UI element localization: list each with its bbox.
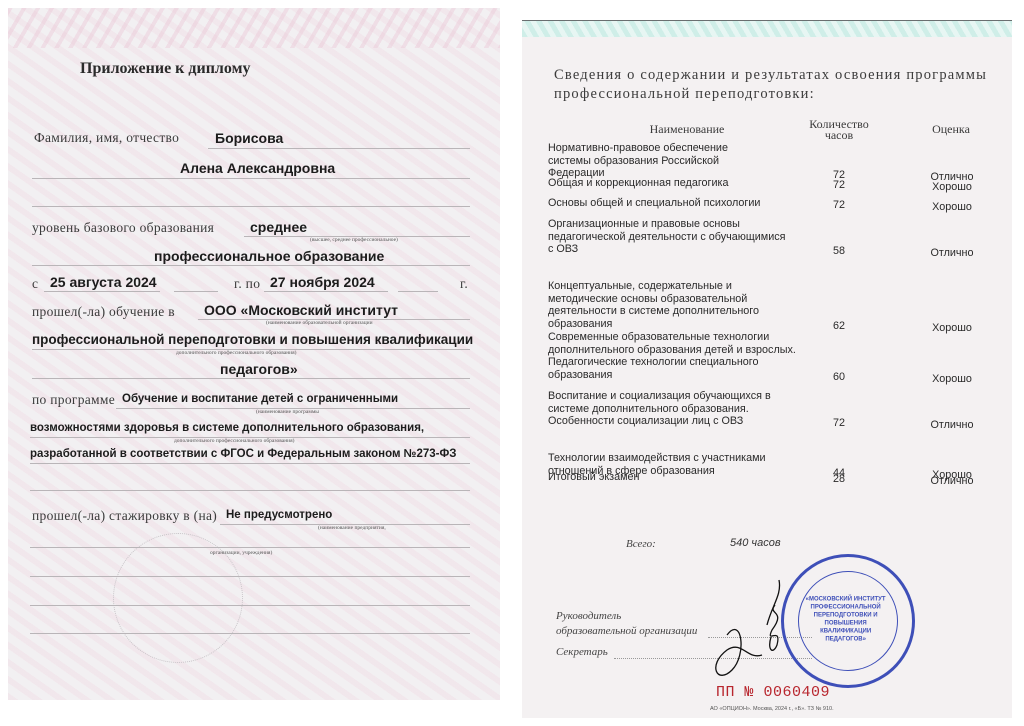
underline — [174, 291, 218, 292]
year-suffix-to: г. — [460, 276, 468, 292]
program-line-2: возможностями здоровья в системе дополни… — [30, 422, 424, 434]
subject-grade: Хорошо — [917, 181, 987, 193]
diploma-appendix-right-page: Сведения о содержании и результатах осво… — [522, 20, 1012, 718]
subject-hours: 60 — [819, 371, 859, 383]
name-patronymic-value: Алена Александровна — [180, 160, 335, 176]
subject-hours: 72 — [819, 417, 859, 429]
subject-hours: 72 — [819, 179, 859, 191]
underline — [30, 633, 470, 634]
subject-hours: 62 — [819, 320, 859, 332]
internship-hint-1: (наименование предприятия, — [318, 525, 386, 531]
subject-grade: Хорошо — [917, 201, 987, 213]
base-education-value: среднее — [250, 219, 307, 235]
subject-name: Современные образовательные технологии д… — [548, 331, 798, 381]
surname-value: Борисова — [215, 130, 283, 146]
organization-line-2: профессиональной переподготовки и повыше… — [32, 332, 473, 347]
total-value: 540 часов — [730, 537, 781, 549]
subject-hours: 28 — [819, 473, 859, 485]
subject-name: Организационные и правовые основы педаго… — [548, 218, 786, 256]
subject-name: Нормативно-правовое обеспечение системы … — [548, 142, 768, 180]
subject-grade: Хорошо — [917, 322, 987, 334]
underline — [398, 291, 438, 292]
organization-line-3: педагогов» — [220, 361, 298, 377]
subject-name: Основы общей и специальной психологии — [548, 197, 778, 210]
end-date: 27 ноября 2024 — [270, 274, 375, 290]
serial-number: ПП № 0060409 — [716, 684, 830, 701]
printer-note: АО «ОПЦИОН». Москва, 2024 г., «Б». ТЗ № … — [710, 706, 834, 712]
section-title-line-1: Сведения о содержании и результатах осво… — [554, 66, 987, 85]
underline — [30, 576, 470, 577]
subject-name: Воспитание и социализация обучающихся в … — [548, 390, 808, 428]
year-suffix-from: г. по — [234, 276, 260, 292]
program-line-1: Обучение и воспитание детей с ограниченн… — [122, 393, 398, 405]
underline — [264, 291, 388, 292]
section-title-line-2: профессиональной переподготовки: — [554, 85, 815, 104]
base-education-value-cont: профессиональное образование — [154, 248, 384, 264]
page-title: Приложение к диплому — [80, 60, 251, 78]
subject-hours: 58 — [819, 245, 859, 257]
secretary-label: Секретарь — [556, 646, 608, 658]
program-hint-2: дополнительного профессионального образо… — [174, 438, 294, 444]
subject-grade: Отлично — [917, 247, 987, 259]
underline — [32, 265, 470, 266]
underline — [30, 605, 470, 606]
column-header-hours: Количество часов — [804, 119, 874, 141]
subject-name: Концептуальные, содержательные и методич… — [548, 280, 798, 330]
underline — [32, 178, 470, 179]
head-label-cont: образовательной организации — [556, 625, 697, 637]
program-hint-1: (наименование программы — [256, 409, 319, 415]
program-label: по программе — [32, 392, 115, 408]
internship-value: Не предусмотрено — [226, 509, 332, 521]
underline — [44, 291, 160, 292]
stamp-text: «МОСКОВСКИЙ ИНСТИТУТ ПРОФЕССИОНАЛЬНОЙ ПЕ… — [806, 595, 886, 643]
fio-label: Фамилия, имя, отчество — [34, 130, 179, 146]
total-label: Всего: — [626, 538, 656, 550]
internship-hint-2: организации, учреждения) — [210, 550, 272, 556]
diploma-appendix-left-page: Приложение к диплому Фамилия, имя, отчес… — [8, 8, 500, 700]
subject-grade: Отлично — [917, 475, 987, 487]
organization-line-1: ООО «Московский институт — [204, 302, 398, 318]
subject-grade: Хорошо — [917, 373, 987, 385]
program-line-3: разработанной в соответствии с ФГОС и Фе… — [30, 448, 457, 460]
guilloche-border — [522, 20, 1012, 37]
underline — [30, 463, 470, 464]
head-label: Руководитель — [556, 610, 621, 622]
organization-hint-2: дополнительного профессионального образо… — [176, 350, 296, 356]
guilloche-border — [8, 8, 500, 48]
studied-label: прошел(-ла) обучение в — [32, 304, 175, 320]
underline — [208, 148, 470, 149]
base-education-hint: (высшее, среднее профессиональное) — [310, 237, 398, 243]
internship-label: прошел(-ла) стажировку в (на) — [32, 508, 217, 524]
column-header-name: Наименование — [622, 124, 752, 135]
organization-hint-1: (наименование образовательной организаци… — [266, 320, 373, 326]
column-header-grade: Оценка — [916, 124, 986, 135]
subject-grade: Отлично — [917, 419, 987, 431]
from-prefix: с — [32, 276, 38, 292]
subject-name: Итоговый экзамен — [548, 471, 768, 484]
subject-hours: 72 — [819, 199, 859, 211]
underline — [32, 206, 470, 207]
underline — [30, 490, 470, 491]
underline — [30, 547, 470, 548]
base-education-label: уровень базового образования — [32, 220, 214, 236]
start-date: 25 августа 2024 — [50, 274, 157, 290]
subject-name: Общая и коррекционная педагогика — [548, 177, 778, 190]
underline — [32, 378, 470, 379]
